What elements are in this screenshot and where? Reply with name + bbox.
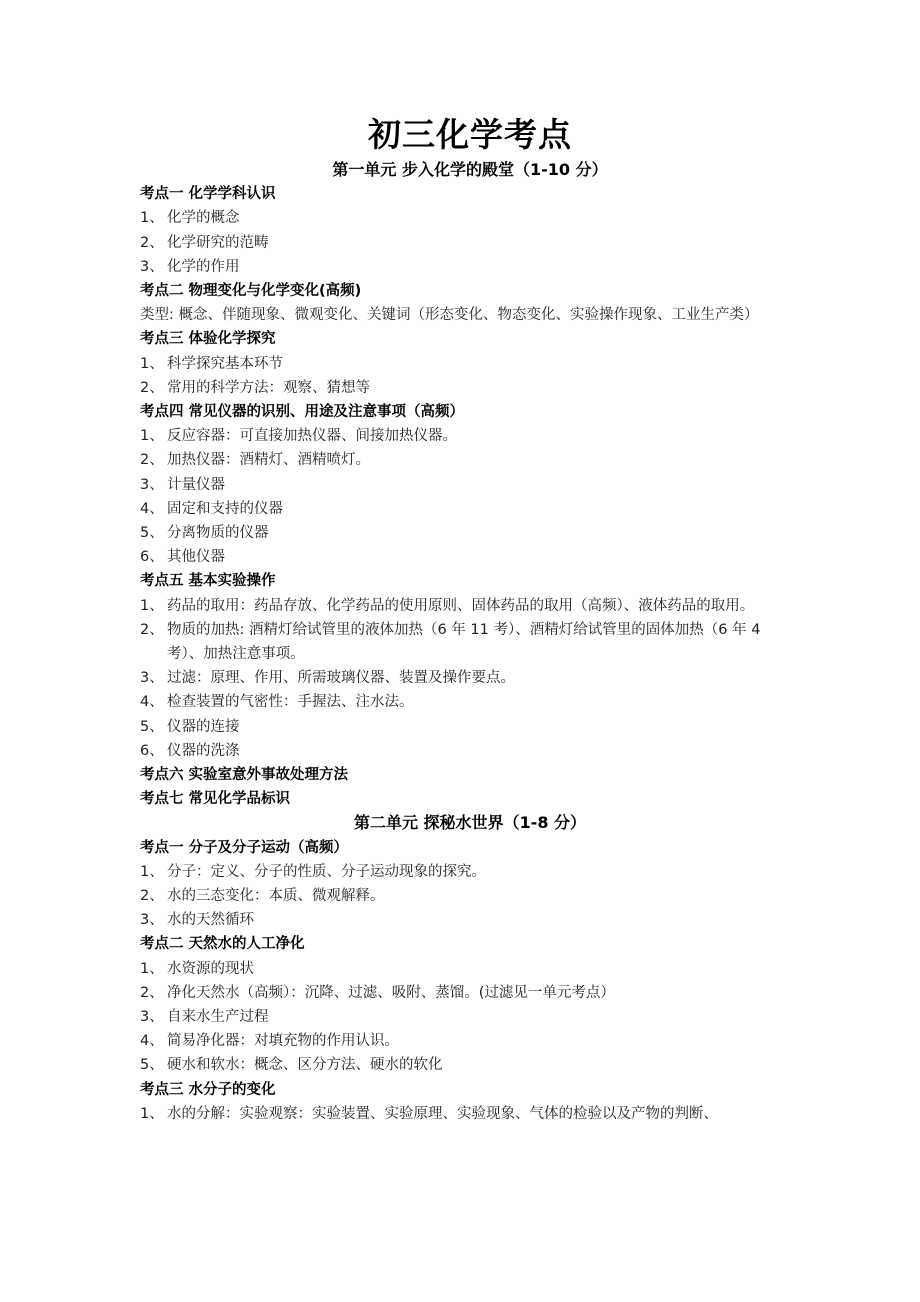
item-text: 仪器的洗涤: [167, 739, 800, 763]
exam-point-heading: 考点五 基本实验操作: [140, 569, 800, 593]
item-text: 水的分解：实验观察：实验装置、实验原理、实验现象、气体的检验以及产物的判断、: [167, 1102, 800, 1126]
list-item: 3、计量仪器: [140, 473, 800, 497]
list-item: 6、其他仪器: [140, 545, 800, 569]
exam-point-paragraph: 类型: 概念、伴随现象、微观变化、关键词（形态变化、物态变化、实验操作现象、工业…: [140, 303, 800, 327]
item-number: 6、: [140, 545, 167, 569]
item-text: 水资源的现状: [167, 957, 800, 981]
list-item: 1、分子：定义、分子的性质、分子运动现象的探究。: [140, 860, 800, 884]
list-item: 4、简易净化器：对填充物的作用认识。: [140, 1029, 800, 1053]
item-number: 4、: [140, 1029, 167, 1053]
list-item: 3、化学的作用: [140, 255, 800, 279]
exam-point-heading: 考点二 天然水的人工净化: [140, 932, 800, 956]
item-number: 3、: [140, 908, 167, 932]
item-number: 2、: [140, 884, 167, 908]
item-text: 过滤：原理、作用、所需玻璃仪器、装置及操作要点。: [167, 666, 800, 690]
item-text: 药品的取用：药品存放、化学药品的使用原则、固体药品的取用（高频）、液体药品的取用…: [167, 594, 800, 618]
list-item: 2、常用的科学方法：观察、猜想等: [140, 376, 800, 400]
list-item: 1、反应容器：可直接加热仪器、间接加热仪器。: [140, 424, 800, 448]
item-text: 加热仪器：酒精灯、酒精喷灯。: [167, 448, 800, 472]
item-number: 5、: [140, 715, 167, 739]
item-text: 自来水生产过程: [167, 1005, 800, 1029]
list-item: 1、科学探究基本环节: [140, 352, 800, 376]
item-text: 硬水和软水：概念、区分方法、硬水的软化: [167, 1053, 800, 1077]
item-text: 简易净化器：对填充物的作用认识。: [167, 1029, 800, 1053]
item-number: 1、: [140, 594, 167, 618]
item-text: 化学的概念: [167, 206, 800, 230]
item-text: 其他仪器: [167, 545, 800, 569]
exam-point-heading: 考点二 物理变化与化学变化(高频): [140, 279, 800, 303]
list-item: 5、硬水和软水：概念、区分方法、硬水的软化: [140, 1053, 800, 1077]
item-number: 1、: [140, 1102, 167, 1126]
list-item: 3、水的天然循环: [140, 908, 800, 932]
item-number: 2、: [140, 981, 167, 1005]
item-text: 水的三态变化：本质、微观解释。: [167, 884, 800, 908]
list-item: 2、加热仪器：酒精灯、酒精喷灯。: [140, 448, 800, 472]
item-text: 常用的科学方法：观察、猜想等: [167, 376, 800, 400]
item-number: 2、: [140, 231, 167, 255]
item-number: 3、: [140, 1005, 167, 1029]
list-item: 4、检查装置的气密性：手握法、注水法。: [140, 690, 800, 714]
exam-point-heading: 考点三 水分子的变化: [140, 1078, 800, 1102]
item-text: 分离物质的仪器: [167, 521, 800, 545]
list-item: 1、水的分解：实验观察：实验装置、实验原理、实验现象、气体的检验以及产物的判断、: [140, 1102, 800, 1126]
list-item: 2、净化天然水（高频）：沉降、过滤、吸附、蒸馏。(过滤见一单元考点）: [140, 981, 800, 1005]
item-number: 2、: [140, 448, 167, 472]
item-text: 反应容器：可直接加热仪器、间接加热仪器。: [167, 424, 800, 448]
item-text: 净化天然水（高频）：沉降、过滤、吸附、蒸馏。(过滤见一单元考点）: [167, 981, 800, 1005]
exam-point-heading: 考点六 实验室意外事故处理方法: [140, 763, 800, 787]
item-number: 5、: [140, 521, 167, 545]
document-title: 初三化学考点: [140, 112, 800, 158]
list-item: 4、固定和支持的仪器: [140, 497, 800, 521]
exam-point-heading: 考点三 体验化学探究: [140, 327, 800, 351]
item-number: 2、: [140, 376, 167, 400]
unit-title: 第二单元 探秘水世界（1-8 分）: [140, 811, 800, 835]
list-item: 1、化学的概念: [140, 206, 800, 230]
item-text: 化学研究的范畴: [167, 231, 800, 255]
exam-point-heading: 考点一 化学学科认识: [140, 182, 800, 206]
exam-point-heading: 考点四 常见仪器的识别、用途及注意事项（高频）: [140, 400, 800, 424]
item-text: 水的天然循环: [167, 908, 800, 932]
list-item: 2、化学研究的范畴: [140, 231, 800, 255]
unit-title: 第一单元 步入化学的殿堂（1-10 分）: [140, 158, 800, 182]
document-page: 初三化学考点 第一单元 步入化学的殿堂（1-10 分） 考点一 化学学科认识 1…: [140, 112, 800, 1126]
item-text: 检查装置的气密性：手握法、注水法。: [167, 690, 800, 714]
item-number: 5、: [140, 1053, 167, 1077]
item-text: 仪器的连接: [167, 715, 800, 739]
item-number: 3、: [140, 666, 167, 690]
list-item: 5、仪器的连接: [140, 715, 800, 739]
item-text: 科学探究基本环节: [167, 352, 800, 376]
item-number: 6、: [140, 739, 167, 763]
item-number: 4、: [140, 690, 167, 714]
item-text: 计量仪器: [167, 473, 800, 497]
list-item: 1、药品的取用：药品存放、化学药品的使用原则、固体药品的取用（高频）、液体药品的…: [140, 594, 800, 618]
item-number: 3、: [140, 255, 167, 279]
item-number: 3、: [140, 473, 167, 497]
list-item: 2、物质的加热: 酒精灯给试管里的液体加热（6 年 11 考）、酒精灯给试管里的…: [140, 618, 800, 666]
list-item: 2、水的三态变化：本质、微观解释。: [140, 884, 800, 908]
item-text: 固定和支持的仪器: [167, 497, 800, 521]
item-number: 1、: [140, 424, 167, 448]
item-number: 1、: [140, 957, 167, 981]
list-item: 5、分离物质的仪器: [140, 521, 800, 545]
item-text: 化学的作用: [167, 255, 800, 279]
exam-point-heading: 考点一 分子及分子运动（高频）: [140, 836, 800, 860]
exam-point-heading: 考点七 常见化学品标识: [140, 787, 800, 811]
list-item: 6、仪器的洗涤: [140, 739, 800, 763]
list-item: 3、过滤：原理、作用、所需玻璃仪器、装置及操作要点。: [140, 666, 800, 690]
item-number: 1、: [140, 860, 167, 884]
item-text: 物质的加热: 酒精灯给试管里的液体加热（6 年 11 考）、酒精灯给试管里的固体…: [167, 618, 800, 666]
list-item: 1、水资源的现状: [140, 957, 800, 981]
item-number: 2、: [140, 618, 167, 666]
item-number: 4、: [140, 497, 167, 521]
list-item: 3、自来水生产过程: [140, 1005, 800, 1029]
item-number: 1、: [140, 352, 167, 376]
item-text: 分子：定义、分子的性质、分子运动现象的探究。: [167, 860, 800, 884]
item-number: 1、: [140, 206, 167, 230]
